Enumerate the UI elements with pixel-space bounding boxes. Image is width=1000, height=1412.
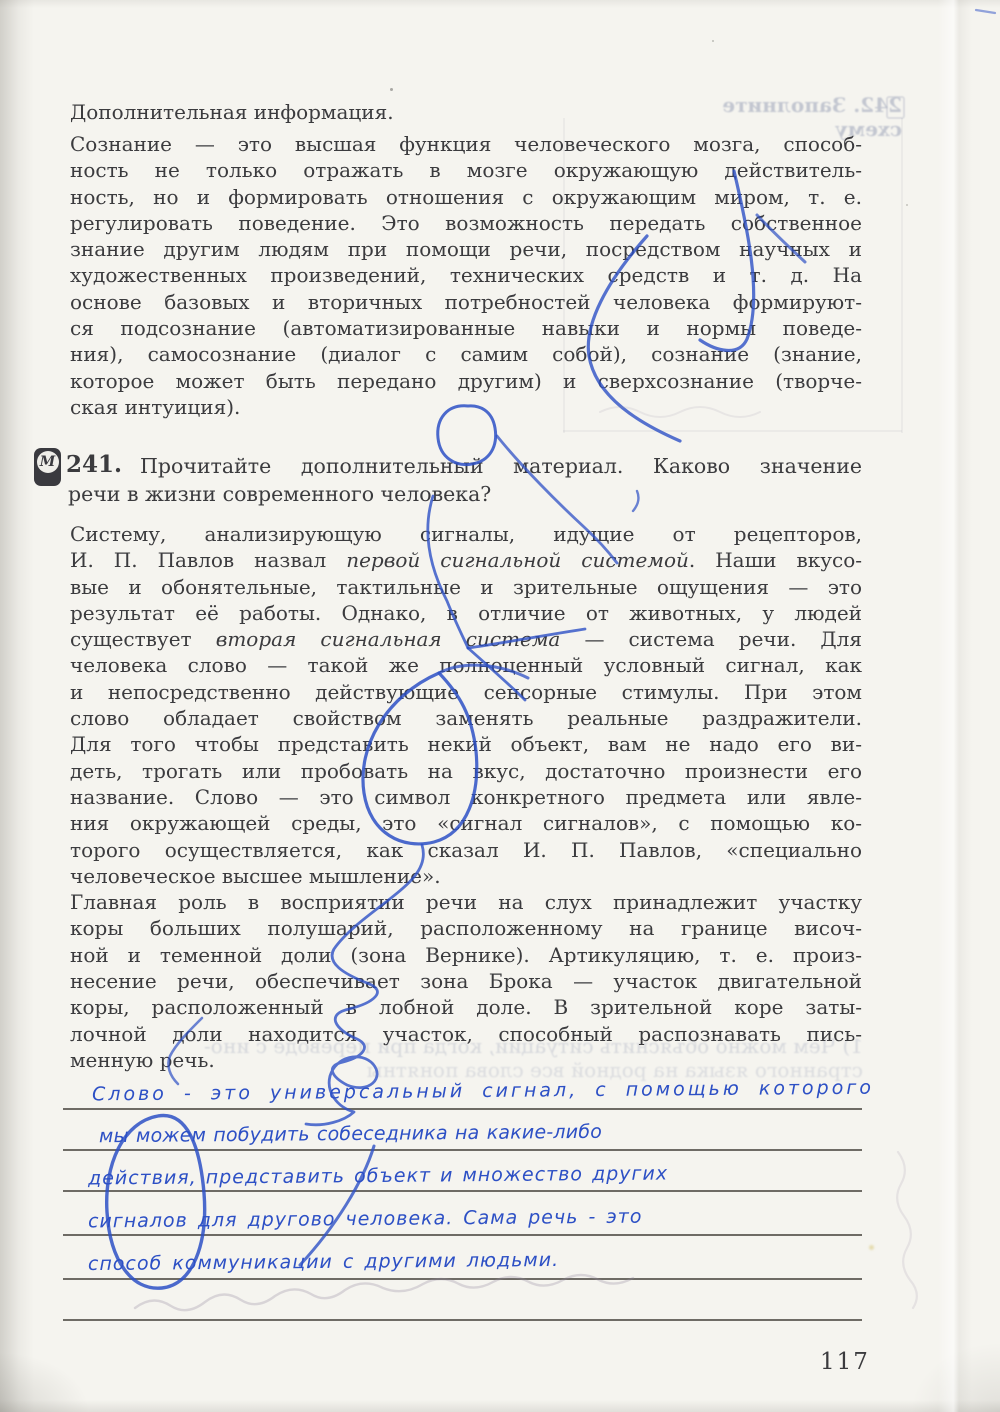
text-line: ность, но и формировать отношения с окру… [70, 184, 862, 210]
pen-stroke-corner-dash [976, 10, 995, 13]
handwritten-answer-row: действия, представить объект и множество… [88, 1162, 668, 1189]
bleedthrough-line [563, 430, 902, 432]
handwritten-answer-row: мы можем побудить собеседника на какие-л… [99, 1121, 602, 1147]
answer-rule-line [63, 1234, 862, 1236]
paper-speck [712, 40, 714, 42]
page-crease [938, 0, 972, 1412]
text-line: существует вторая сигнальная система — с… [70, 626, 862, 652]
scanned-workbook-page: 242. Заполните схему 1) Чем можно объясн… [0, 0, 1000, 1412]
task-statement: Прочитайте дополнительный материал. Како… [140, 454, 862, 478]
text-line: результат её работы. Однако, в отличие о… [70, 600, 862, 626]
text-line: деть, трогать или пробовать на вкус, дос… [70, 758, 862, 784]
task-number: 241. [66, 451, 122, 478]
text-line: ся подсознание (автоматизированные навык… [70, 315, 862, 341]
text-line: коры, расположенный в лобной доле. В зри… [70, 994, 862, 1020]
text-line: слово обладает свойством заменять реальн… [70, 705, 862, 731]
answer-rule-line [63, 1108, 862, 1110]
text-line: несение речи, обеспечивает зона Брока — … [70, 968, 862, 994]
text-line: менную речь. [70, 1047, 862, 1073]
page-left-shadow [0, 0, 34, 1412]
bleedthrough-task-icon [886, 96, 905, 119]
text-line: И. П. Павлов назвал первой сигнальной си… [70, 547, 862, 573]
text-line: человека слово — такой же полноценный ус… [70, 652, 862, 678]
text-line: вые и обонятельные, тактильные и зритель… [70, 574, 862, 600]
text-line: знание другим людям при помощи речи, пос… [70, 236, 862, 262]
paragraph-signal-systems: Систему, анализирующую сигналы, идущие о… [70, 521, 862, 1073]
section-heading: Дополнительная информация. [70, 100, 394, 124]
task-statement: речи в жизни современного человека? [68, 482, 491, 506]
handwritten-answer-row: способ коммуникации с другими людьми. [88, 1249, 559, 1275]
text-line: Главная роль в восприятии речи на слух п… [70, 889, 862, 915]
badge-letter: М [37, 451, 59, 473]
handwritten-answer-row: сигналов для другово человека. Сама речь… [88, 1206, 643, 1233]
text-line: коры больших полушарий, расположенному н… [70, 915, 862, 941]
text-line: Для того чтобы представить некий объект,… [70, 731, 862, 757]
task-type-badge-icon: М [34, 448, 61, 486]
ghost-squiggle-bottom [135, 1275, 633, 1310]
text-line: художественных произведений, технических… [70, 262, 862, 288]
bleedthrough-line [901, 118, 903, 433]
paper-speck [869, 1245, 874, 1250]
text-line: ность не только отражать в мозге окружаю… [70, 157, 862, 183]
page-top-shadow [0, 0, 1000, 8]
text-line: торого осуществляется, как сказал И. П. … [70, 837, 862, 863]
corner-shadow [0, 1352, 90, 1412]
paragraph-consciousness: Сознание — это высшая функция человеческ… [70, 131, 862, 420]
text-line: человеческое высшее мышление». [70, 863, 862, 889]
page-bottom-shadow [0, 1400, 1000, 1412]
answer-rule-line [63, 1149, 862, 1151]
paper-speck [906, 204, 908, 206]
paper-speck [390, 88, 393, 91]
text-line: название. Слово — это символ конкретного… [70, 784, 862, 810]
answer-rule-line [63, 1319, 862, 1321]
text-line: ния окружающей среды, это «сигнал сигнал… [70, 810, 862, 836]
text-line: ной и теменной доли (зона Вернике). Арти… [70, 942, 862, 968]
pen-stroke-handwriting-slash [300, 1146, 374, 1265]
text-line: регулировать поведение. Это возможность … [70, 210, 862, 236]
text-line: Сознание — это высшая функция человеческ… [70, 131, 862, 157]
text-line: и непосредственно действующие сенсорные … [70, 679, 862, 705]
text-line: ская интуиция). [70, 394, 862, 420]
pen-stroke-tick [633, 491, 638, 511]
text-line: ния), самосознание (диалог с самим собой… [70, 341, 862, 367]
answer-rule-line [63, 1190, 862, 1192]
page-number: 117 [820, 1349, 870, 1375]
text-line: лочной доли находится участок, способный… [70, 1021, 862, 1047]
text-line: которое может быть передано другим) и св… [70, 368, 862, 394]
answer-rule-line [63, 1278, 862, 1280]
ghost-squiggle-margin [897, 1152, 917, 1308]
text-line: Систему, анализирующую сигналы, идущие о… [70, 521, 862, 547]
text-line: основе базовых и вторичных потребностей … [70, 289, 862, 315]
